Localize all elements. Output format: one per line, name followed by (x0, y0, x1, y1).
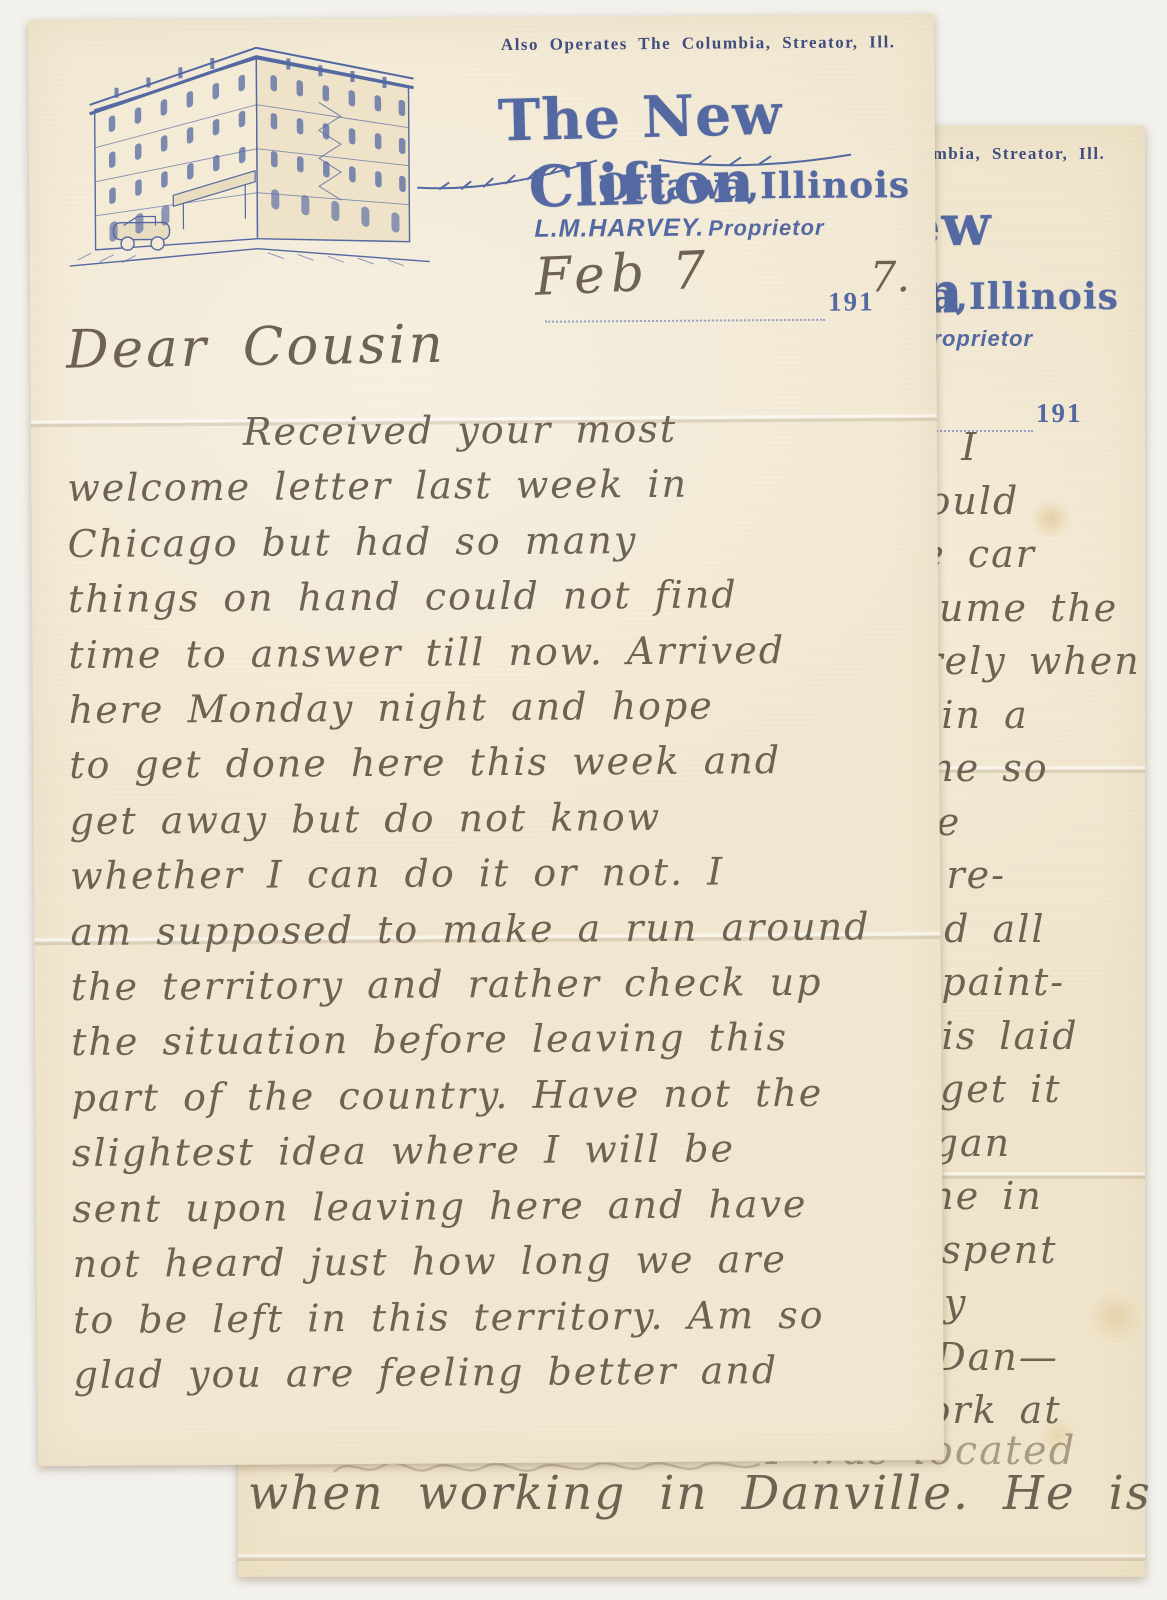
letterhead-proprietor: L.M.HARVEY. Proprietor (469, 212, 889, 244)
letter-line: things on hand could not find (68, 566, 914, 627)
letter-line: here Monday night and hope (69, 677, 915, 738)
letter-line: not heard just how long we are (73, 1231, 919, 1292)
letter-line: get away but do not know (69, 788, 915, 849)
letter-line: whether I can do it or not. I (70, 843, 916, 904)
letter-line: sent upon leaving here and have (72, 1176, 918, 1237)
fold-crease (238, 1554, 1145, 1561)
letter-line: Chicago but had so many (67, 511, 913, 572)
scanned-letter-photo: { "scene": { "background_color": "#f3f1e… (0, 0, 1167, 1600)
letter-body: Dear Cousin Received your most welcome l… (66, 310, 920, 1403)
letter-line: welcome letter last week in (67, 456, 913, 517)
letter-line: slightest idea where I will be (72, 1120, 918, 1181)
letter-line: Received your most (67, 400, 913, 461)
handwritten-date: Feb 7 (534, 240, 713, 307)
handwritten-year-digit: 7. (870, 252, 910, 301)
letter-line: part of the country. Have not the (71, 1065, 917, 1126)
letter-line: the territory and rather check up (71, 954, 917, 1015)
letter-line: glad you are feeling better and (73, 1342, 919, 1403)
salutation: Dear Cousin (66, 306, 913, 409)
letter-line: am supposed to make a run around (70, 899, 916, 960)
letterhead-operates-note: Also Operates The Columbia, Streator, Il… (438, 32, 958, 56)
proprietor-title: Proprietor (708, 215, 825, 241)
page2-bottom-line: when working in Danville. He is (248, 1466, 1152, 1521)
letterhead-city: Ottawa,Illinois (549, 164, 959, 209)
letter-line: the situation before leaving this (71, 1010, 917, 1071)
letter-line: to get done here this week and (69, 733, 915, 794)
letter-line: time to answer till now. Arrived (68, 622, 914, 683)
letter-page-1: Also Operates The Columbia, Streator, Il… (28, 14, 944, 1466)
proprietor-name: L.M.HARVEY. (534, 214, 704, 243)
letter-line: to be left in this territory. Am so (73, 1287, 919, 1348)
